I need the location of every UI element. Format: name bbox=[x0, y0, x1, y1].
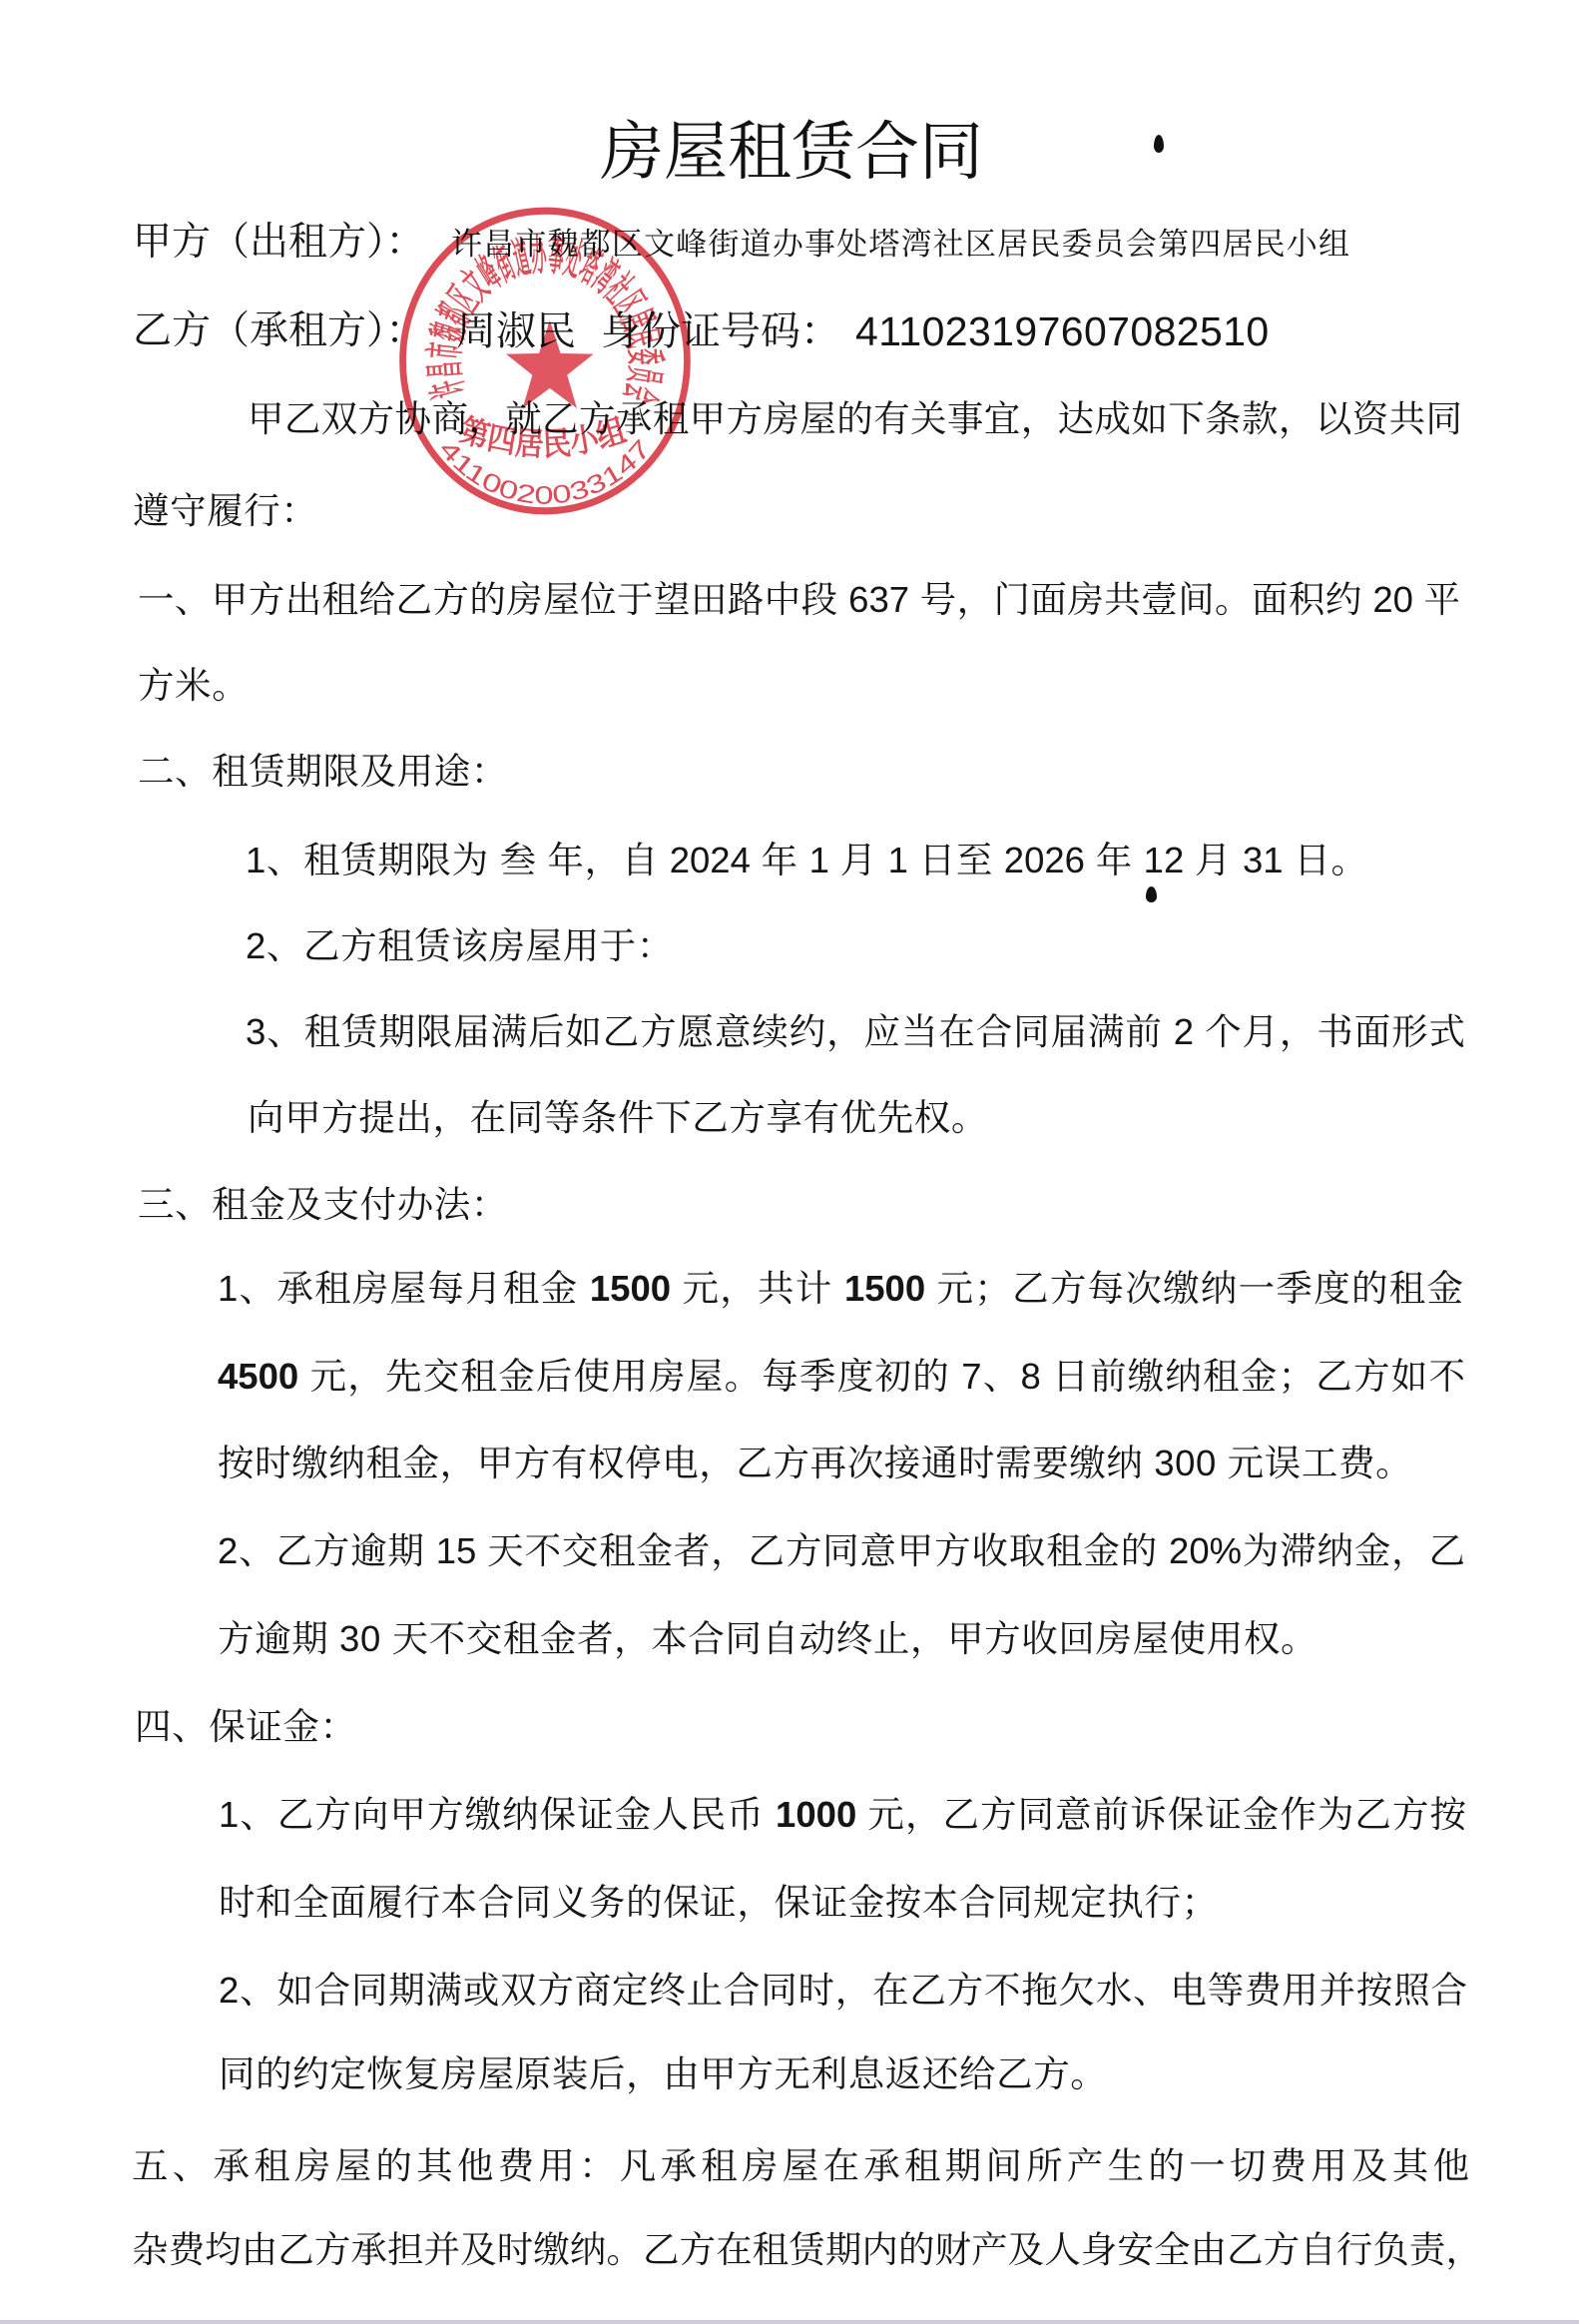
section-4-item-2-line: 同的约定恢复房屋原装后，由甲方无利息返还给乙方。 bbox=[219, 2049, 1107, 2099]
section-3-item-2-line: 方逾期 30 天不交租金者，本合同自动终止，甲方收回房屋使用权。 bbox=[218, 1614, 1317, 1664]
party-b-id-number: 411023197607082510 bbox=[855, 306, 1270, 356]
text-segment: 1、承租房屋每月租金 bbox=[218, 1268, 590, 1309]
text-segment: 元，先交租金后使用房屋。每季度初的 7、8 日前缴纳租金；乙方如不 bbox=[298, 1356, 1465, 1397]
section-4-item-1-line: 时和全面履行本合同义务的保证，保证金按本合同规定执行； bbox=[219, 1878, 1219, 1928]
preamble-line: 遵守履行： bbox=[133, 486, 318, 536]
deposit-value: 1000 bbox=[776, 1794, 856, 1835]
seal-center-text: 第四居民小组 bbox=[456, 412, 630, 463]
ink-spot bbox=[1146, 886, 1157, 902]
section-4-item-1-line: 1、乙方向甲方缴纳保证金人民币 1000 元，乙方同意前诉保证金作为乙方按 bbox=[219, 1790, 1466, 1840]
document-title: 房屋租赁合同 bbox=[0, 112, 1579, 192]
section-2-heading: 二、租赁期限及用途： bbox=[138, 747, 508, 797]
quarterly-rent-value: 4500 bbox=[218, 1356, 298, 1397]
section-4-item-2-line: 2、如合同期满或双方商定终止合同时，在乙方不拖欠水、电等费用并按照合 bbox=[219, 1966, 1467, 2016]
text-segment: 1、乙方向甲方缴纳保证金人民币 bbox=[219, 1794, 776, 1835]
section-3-item-1-line: 按时缴纳租金，甲方有权停电，乙方再次接通时需要缴纳 300 元误工费。 bbox=[218, 1439, 1412, 1488]
section-3-heading: 三、租金及支付办法： bbox=[138, 1180, 508, 1230]
section-3-item-2-line: 2、乙方逾期 15 天不交租金者，乙方同意甲方收取租金的 20%为滞纳金，乙 bbox=[218, 1526, 1465, 1576]
ink-spot bbox=[1154, 135, 1164, 153]
seal-center-text-path: 第四居民小组 bbox=[456, 412, 630, 463]
section-3-item-1-line: 1、承租房屋每月租金 1500 元，共计 1500 元；乙方每次缴纳一季度的租金 bbox=[218, 1264, 1463, 1314]
text-segment: 元；乙方每次缴纳一季度的租金 bbox=[925, 1268, 1463, 1309]
section-3-item-1-line: 4500 元，先交租金后使用房屋。每季度初的 7、8 日前缴纳租金；乙方如不 bbox=[218, 1352, 1465, 1402]
contract-page: 房屋租赁合同 甲方（出租方）： 许昌市魏都区文峰街道办事处塔湾社区居民委员会第四… bbox=[0, 0, 1579, 2324]
page-bottom-edge bbox=[0, 2320, 1579, 2324]
section-2-item-3-line: 向甲方提出，在同等条件下乙方享有优先权。 bbox=[248, 1093, 988, 1143]
section-1-line: 方米。 bbox=[138, 661, 249, 711]
monthly-rent-value: 1500 bbox=[590, 1268, 671, 1309]
section-2-item-2: 2、乙方租赁该房屋用于： bbox=[246, 921, 674, 971]
official-seal-stamp: 许昌市魏都区文峰街道办事处塔湾社区居民委员会 第四居民小组 4110020033… bbox=[391, 199, 699, 523]
party-a-label: 甲方（出租方）： bbox=[133, 218, 425, 268]
section-4-heading: 四、保证金： bbox=[135, 1702, 357, 1752]
section-2-item-1: 1、租赁期限为 叁 年，自 2024 年 1 月 1 日至 2026 年 12 … bbox=[246, 836, 1367, 885]
star-icon bbox=[506, 320, 594, 408]
total-rent-value: 1500 bbox=[844, 1268, 925, 1309]
text-segment: 元，共计 bbox=[671, 1268, 844, 1309]
text-segment: 元，乙方同意前诉保证金作为乙方按 bbox=[856, 1794, 1466, 1835]
section-5-line: 五、承租房屋的其他费用：凡承租房屋在承租期间所产生的一切费用及其他 bbox=[132, 2141, 1469, 2191]
party-b-label: 乙方（承租方）： bbox=[133, 306, 425, 356]
section-2-item-3-line: 3、租赁期限届满后如乙方愿意续约，应当在合同届满前 2 个月，书面形式 bbox=[246, 1007, 1465, 1057]
section-1-line: 一、甲方出租给乙方的房屋位于望田路中段 637 号，门面房共壹间。面积约 20 … bbox=[138, 575, 1460, 625]
section-5-line: 杂费均由乙方承担并及时缴纳。乙方在租赁期内的财产及人身安全由乙方自行负责， bbox=[132, 2225, 1482, 2275]
